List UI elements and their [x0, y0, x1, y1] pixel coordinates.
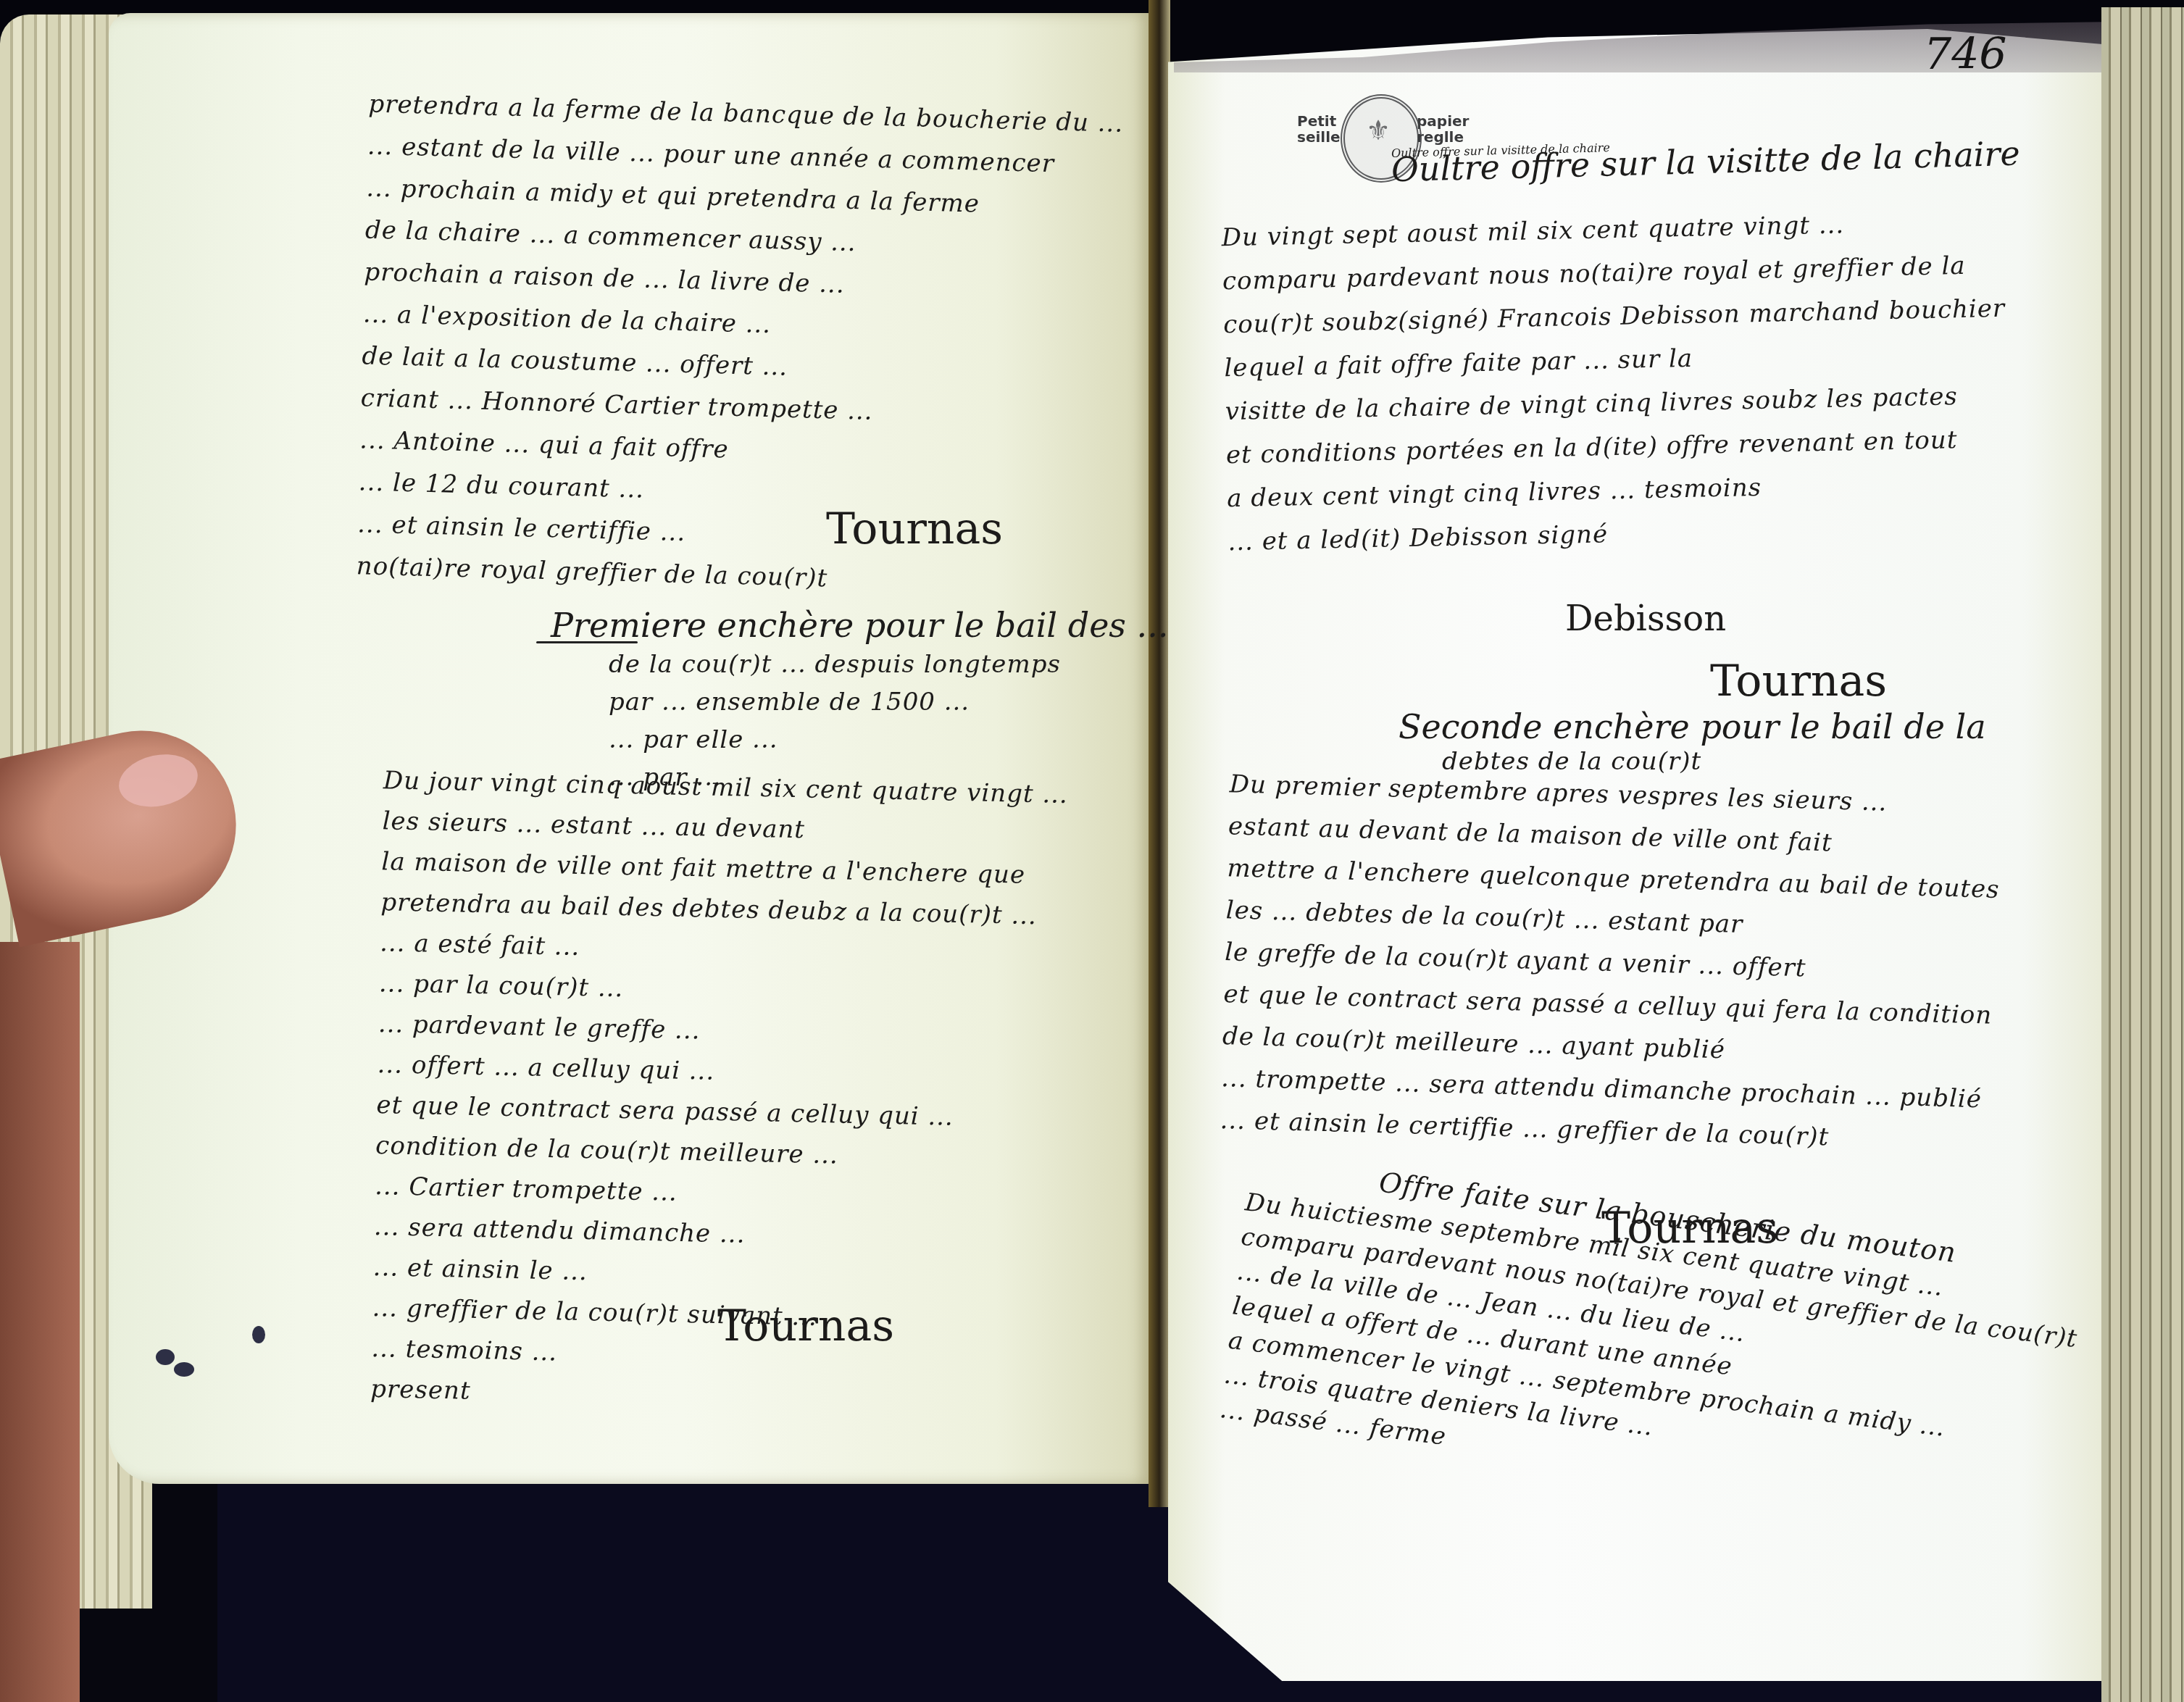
- left-entry-1: pretendra a la ferme de la bancque de la…: [356, 91, 1123, 598]
- wormhole: [252, 1326, 265, 1343]
- right-entry-2-heading: Seconde enchère pour le bail de la debte…: [1399, 710, 1986, 774]
- signature-tournas: Tournas: [1710, 659, 1887, 703]
- right-entry-2: Du premier septembre apres vespres les s…: [1220, 772, 2002, 1154]
- folio-number: 746: [1924, 29, 2007, 80]
- stamp-text-left: Petit seille: [1297, 113, 1341, 145]
- right-entry-1: Du vingt sept aoust mil six cent quatre …: [1221, 209, 2009, 554]
- signature-tournas: Tournas: [826, 507, 1003, 551]
- signature-tournas: Tournas: [717, 1304, 894, 1348]
- wormhole: [156, 1349, 175, 1365]
- wormhole: [174, 1362, 194, 1377]
- right-page-fore-edge: [2101, 7, 2184, 1702]
- thumbnail: [114, 748, 202, 814]
- stamp-text-right: papier reglle: [1417, 113, 1469, 145]
- fleur-de-lis-icon: ⚜: [1366, 114, 1391, 146]
- left-entry-2: Premiere enchère pour le bail des ... de…: [551, 609, 1168, 790]
- heading-flourish: [536, 641, 638, 643]
- signature-debisson: Debisson: [1565, 601, 1726, 636]
- hand: [0, 942, 80, 1702]
